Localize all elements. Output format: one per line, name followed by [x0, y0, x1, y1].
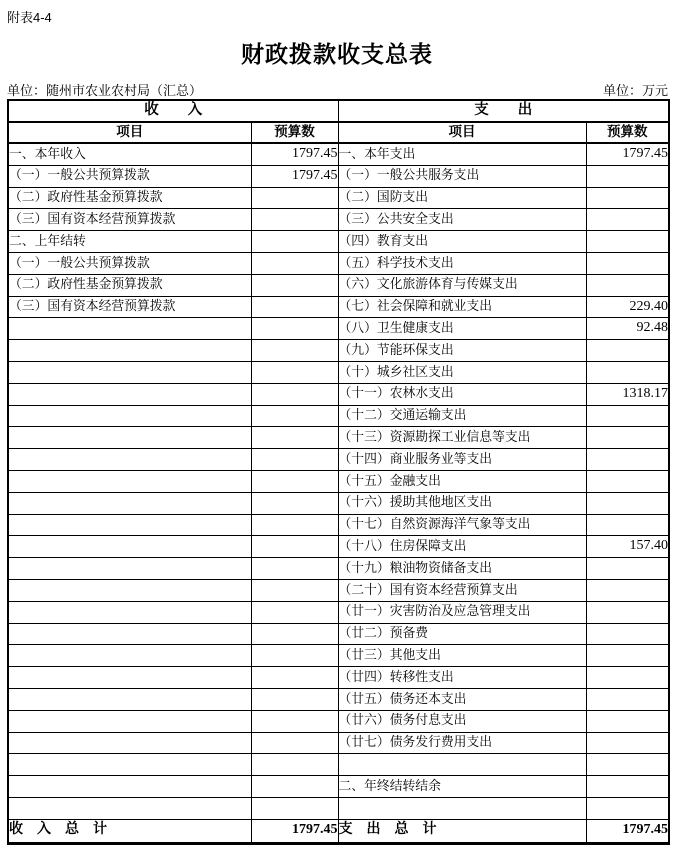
- expense-budget-cell: [586, 645, 669, 667]
- table-row: 二、年终结转结余: [8, 776, 669, 798]
- expense-budget-cell: 1318.17: [586, 383, 669, 405]
- expense-item-cell: （廿二）预备费: [338, 623, 586, 645]
- budget-table: 收 入 支 出 项目 预算数 项目 预算数 一、本年收入1797.45一、本年支…: [7, 99, 670, 845]
- expense-budget-cell: [586, 623, 669, 645]
- expense-budget-cell: [586, 449, 669, 471]
- income-item-cell: [8, 318, 251, 340]
- income-budget-cell: [251, 645, 338, 667]
- expense-item-cell: （十五）金融支出: [338, 470, 586, 492]
- expense-budget-cell: [586, 209, 669, 231]
- table-row: （十八）住房保障支出157.40: [8, 536, 669, 558]
- income-item-cell: （一）一般公共预算拨款: [8, 165, 251, 187]
- income-budget-cell: [251, 209, 338, 231]
- income-budget-cell: [251, 514, 338, 536]
- income-item-cell: [8, 579, 251, 601]
- income-item-cell: （二）政府性基金预算拨款: [8, 274, 251, 296]
- income-item-cell: [8, 710, 251, 732]
- income-item-cell: [8, 645, 251, 667]
- expense-item-cell: （六）文化旅游体育与传媒支出: [338, 274, 586, 296]
- expense-item-cell: （八）卫生健康支出: [338, 318, 586, 340]
- income-budget-cell: [251, 231, 338, 253]
- expense-budget-header: 预算数: [586, 122, 669, 143]
- income-item-cell: [8, 470, 251, 492]
- table-row: 一、本年收入1797.45一、本年支出1797.45: [8, 143, 669, 165]
- income-budget-cell: 1797.45: [251, 143, 338, 165]
- expense-budget-cell: [586, 776, 669, 798]
- column-header-row: 项目 预算数 项目 预算数: [8, 122, 669, 143]
- income-budget-cell: [251, 383, 338, 405]
- income-item-cell: [8, 797, 251, 819]
- income-budget-cell: [251, 470, 338, 492]
- income-item-cell: [8, 601, 251, 623]
- income-item-cell: （三）国有资本经营预算拨款: [8, 209, 251, 231]
- expense-budget-cell: [586, 231, 669, 253]
- income-budget-header: 预算数: [251, 122, 338, 143]
- income-item-cell: [8, 667, 251, 689]
- income-item-cell: （二）政府性基金预算拨款: [8, 187, 251, 209]
- table-row: [8, 754, 669, 776]
- income-budget-cell: [251, 361, 338, 383]
- income-item-header: 项目: [8, 122, 251, 143]
- table-row: （二）政府性基金预算拨款（六）文化旅游体育与传媒支出: [8, 274, 669, 296]
- expense-budget-cell: [586, 340, 669, 362]
- table-body: 一、本年收入1797.45一、本年支出1797.45（一）一般公共预算拨款179…: [8, 143, 669, 819]
- expense-budget-cell: [586, 470, 669, 492]
- expense-item-cell: （廿七）债务发行费用支出: [338, 732, 586, 754]
- expense-budget-cell: 1797.45: [586, 143, 669, 165]
- table-row: （一）一般公共预算拨款（五）科学技术支出: [8, 252, 669, 274]
- table-row: （廿三）其他支出: [8, 645, 669, 667]
- page-title: 财政拨款收支总表: [0, 36, 674, 69]
- table-row: （十四）商业服务业等支出: [8, 449, 669, 471]
- income-item-cell: 一、本年收入: [8, 143, 251, 165]
- expense-item-cell: （十九）粮油物资储备支出: [338, 558, 586, 580]
- income-budget-cell: [251, 340, 338, 362]
- expense-item-cell: （五）科学技术支出: [338, 252, 586, 274]
- income-budget-cell: [251, 558, 338, 580]
- section-header-row: 收 入 支 出: [8, 100, 669, 122]
- income-budget-cell: [251, 776, 338, 798]
- income-budget-cell: [251, 252, 338, 274]
- expense-item-cell: （十四）商业服务业等支出: [338, 449, 586, 471]
- income-budget-cell: [251, 688, 338, 710]
- income-item-cell: [8, 558, 251, 580]
- income-budget-cell: [251, 427, 338, 449]
- table-row: （十七）自然资源海洋气象等支出: [8, 514, 669, 536]
- table-row: （廿二）预备费: [8, 623, 669, 645]
- expense-budget-cell: [586, 187, 669, 209]
- table-row: （十五）金融支出: [8, 470, 669, 492]
- income-budget-cell: [251, 601, 338, 623]
- expense-budget-cell: [586, 361, 669, 383]
- income-budget-cell: [251, 667, 338, 689]
- table-row: （廿五）债务还本支出: [8, 688, 669, 710]
- expense-section-header: 支 出: [338, 100, 669, 122]
- expense-item-cell: （三）公共安全支出: [338, 209, 586, 231]
- income-budget-cell: [251, 623, 338, 645]
- expense-item-cell: （十三）资源勘探工业信息等支出: [338, 427, 586, 449]
- income-total-value: 1797.45: [251, 819, 338, 843]
- expense-budget-cell: 157.40: [586, 536, 669, 558]
- expense-item-cell: （四）教育支出: [338, 231, 586, 253]
- expense-budget-cell: [586, 405, 669, 427]
- expense-item-cell: （廿一）灾害防治及应急管理支出: [338, 601, 586, 623]
- income-item-cell: [8, 732, 251, 754]
- income-total-label: 收 入 总 计: [8, 819, 251, 843]
- income-item-cell: [8, 514, 251, 536]
- table-row: （三）国有资本经营预算拨款（三）公共安全支出: [8, 209, 669, 231]
- expense-budget-cell: 229.40: [586, 296, 669, 318]
- table-row: （十六）援助其他地区支出: [8, 492, 669, 514]
- income-item-cell: 二、上年结转: [8, 231, 251, 253]
- expense-budget-cell: [586, 427, 669, 449]
- expense-budget-cell: [586, 514, 669, 536]
- expense-total-value: 1797.45: [586, 819, 669, 843]
- expense-item-cell: （一）一般公共服务支出: [338, 165, 586, 187]
- expense-item-cell: [338, 754, 586, 776]
- expense-item-cell: （十二）交通运输支出: [338, 405, 586, 427]
- income-budget-cell: [251, 797, 338, 819]
- income-item-cell: [8, 754, 251, 776]
- income-item-cell: [8, 405, 251, 427]
- expense-budget-cell: [586, 579, 669, 601]
- income-budget-cell: [251, 732, 338, 754]
- income-item-cell: [8, 449, 251, 471]
- expense-item-cell: （廿六）债务付息支出: [338, 710, 586, 732]
- table-annotation: 附表4-4: [7, 7, 52, 26]
- expense-item-cell: （廿五）债务还本支出: [338, 688, 586, 710]
- table-row: （廿四）转移性支出: [8, 667, 669, 689]
- income-budget-cell: [251, 187, 338, 209]
- expense-budget-cell: [586, 601, 669, 623]
- expense-item-cell: （七）社会保障和就业支出: [338, 296, 586, 318]
- income-budget-cell: [251, 492, 338, 514]
- expense-item-cell: （十六）援助其他地区支出: [338, 492, 586, 514]
- expense-budget-cell: [586, 732, 669, 754]
- expense-budget-cell: [586, 165, 669, 187]
- expense-budget-cell: [586, 492, 669, 514]
- expense-item-cell: （廿三）其他支出: [338, 645, 586, 667]
- income-budget-cell: [251, 536, 338, 558]
- total-row: 收 入 总 计 1797.45 支 出 总 计 1797.45: [8, 819, 669, 843]
- income-item-cell: （三）国有资本经营预算拨款: [8, 296, 251, 318]
- expense-item-cell: （九）节能环保支出: [338, 340, 586, 362]
- income-budget-cell: [251, 579, 338, 601]
- currency-unit-label: 单位：万元: [603, 80, 668, 99]
- table-row: （廿六）债务付息支出: [8, 710, 669, 732]
- table-row: [8, 797, 669, 819]
- income-budget-cell: [251, 296, 338, 318]
- table-row: （十一）农林水支出1318.17: [8, 383, 669, 405]
- expense-item-cell: 二、年终结转结余: [338, 776, 586, 798]
- unit-row: 单位：随州市农业农村局（汇总） 单位：万元: [7, 80, 668, 99]
- income-budget-cell: [251, 318, 338, 340]
- income-budget-cell: [251, 449, 338, 471]
- income-item-cell: [8, 492, 251, 514]
- income-item-cell: [8, 536, 251, 558]
- table-row: （二）政府性基金预算拨款（二）国防支出: [8, 187, 669, 209]
- expense-budget-cell: [586, 558, 669, 580]
- expense-item-cell: （二十）国有资本经营预算支出: [338, 579, 586, 601]
- table-row: （十二）交通运输支出: [8, 405, 669, 427]
- income-section-header: 收 入: [8, 100, 338, 122]
- table-row: （十）城乡社区支出: [8, 361, 669, 383]
- table-row: （十三）资源勘探工业信息等支出: [8, 427, 669, 449]
- table-row: （一）一般公共预算拨款1797.45（一）一般公共服务支出: [8, 165, 669, 187]
- expense-item-cell: （二）国防支出: [338, 187, 586, 209]
- income-item-cell: （一）一般公共预算拨款: [8, 252, 251, 274]
- expense-item-cell: [338, 797, 586, 819]
- table-row: （十九）粮油物资储备支出: [8, 558, 669, 580]
- table-row: （九）节能环保支出: [8, 340, 669, 362]
- expense-budget-cell: [586, 667, 669, 689]
- income-budget-cell: [251, 405, 338, 427]
- table-row: （二十）国有资本经营预算支出: [8, 579, 669, 601]
- expense-budget-cell: [586, 710, 669, 732]
- income-item-cell: [8, 688, 251, 710]
- expense-budget-cell: [586, 274, 669, 296]
- table-row: 二、上年结转（四）教育支出: [8, 231, 669, 253]
- expense-item-cell: （十）城乡社区支出: [338, 361, 586, 383]
- income-item-cell: [8, 427, 251, 449]
- document-page: 附表4-4 财政拨款收支总表 单位：随州市农业农村局（汇总） 单位：万元 收 入…: [0, 0, 674, 846]
- expense-budget-cell: [586, 797, 669, 819]
- income-item-cell: [8, 623, 251, 645]
- expense-item-cell: 一、本年支出: [338, 143, 586, 165]
- expense-item-cell: （十七）自然资源海洋气象等支出: [338, 514, 586, 536]
- expense-budget-cell: 92.48: [586, 318, 669, 340]
- expense-item-cell: （十八）住房保障支出: [338, 536, 586, 558]
- table-row: （三）国有资本经营预算拨款（七）社会保障和就业支出229.40: [8, 296, 669, 318]
- table-row: （廿七）债务发行费用支出: [8, 732, 669, 754]
- income-budget-cell: [251, 274, 338, 296]
- expense-budget-cell: [586, 252, 669, 274]
- expense-total-label: 支 出 总 计: [338, 819, 586, 843]
- expense-item-cell: （廿四）转移性支出: [338, 667, 586, 689]
- expense-budget-cell: [586, 688, 669, 710]
- income-budget-cell: [251, 754, 338, 776]
- table-row: （八）卫生健康支出92.48: [8, 318, 669, 340]
- income-item-cell: [8, 776, 251, 798]
- income-item-cell: [8, 361, 251, 383]
- income-budget-cell: [251, 710, 338, 732]
- income-budget-cell: 1797.45: [251, 165, 338, 187]
- income-item-cell: [8, 383, 251, 405]
- expense-budget-cell: [586, 754, 669, 776]
- expense-item-header: 项目: [338, 122, 586, 143]
- expense-item-cell: （十一）农林水支出: [338, 383, 586, 405]
- income-item-cell: [8, 340, 251, 362]
- reporting-unit-label: 单位：随州市农业农村局（汇总）: [7, 80, 202, 99]
- table-row: （廿一）灾害防治及应急管理支出: [8, 601, 669, 623]
